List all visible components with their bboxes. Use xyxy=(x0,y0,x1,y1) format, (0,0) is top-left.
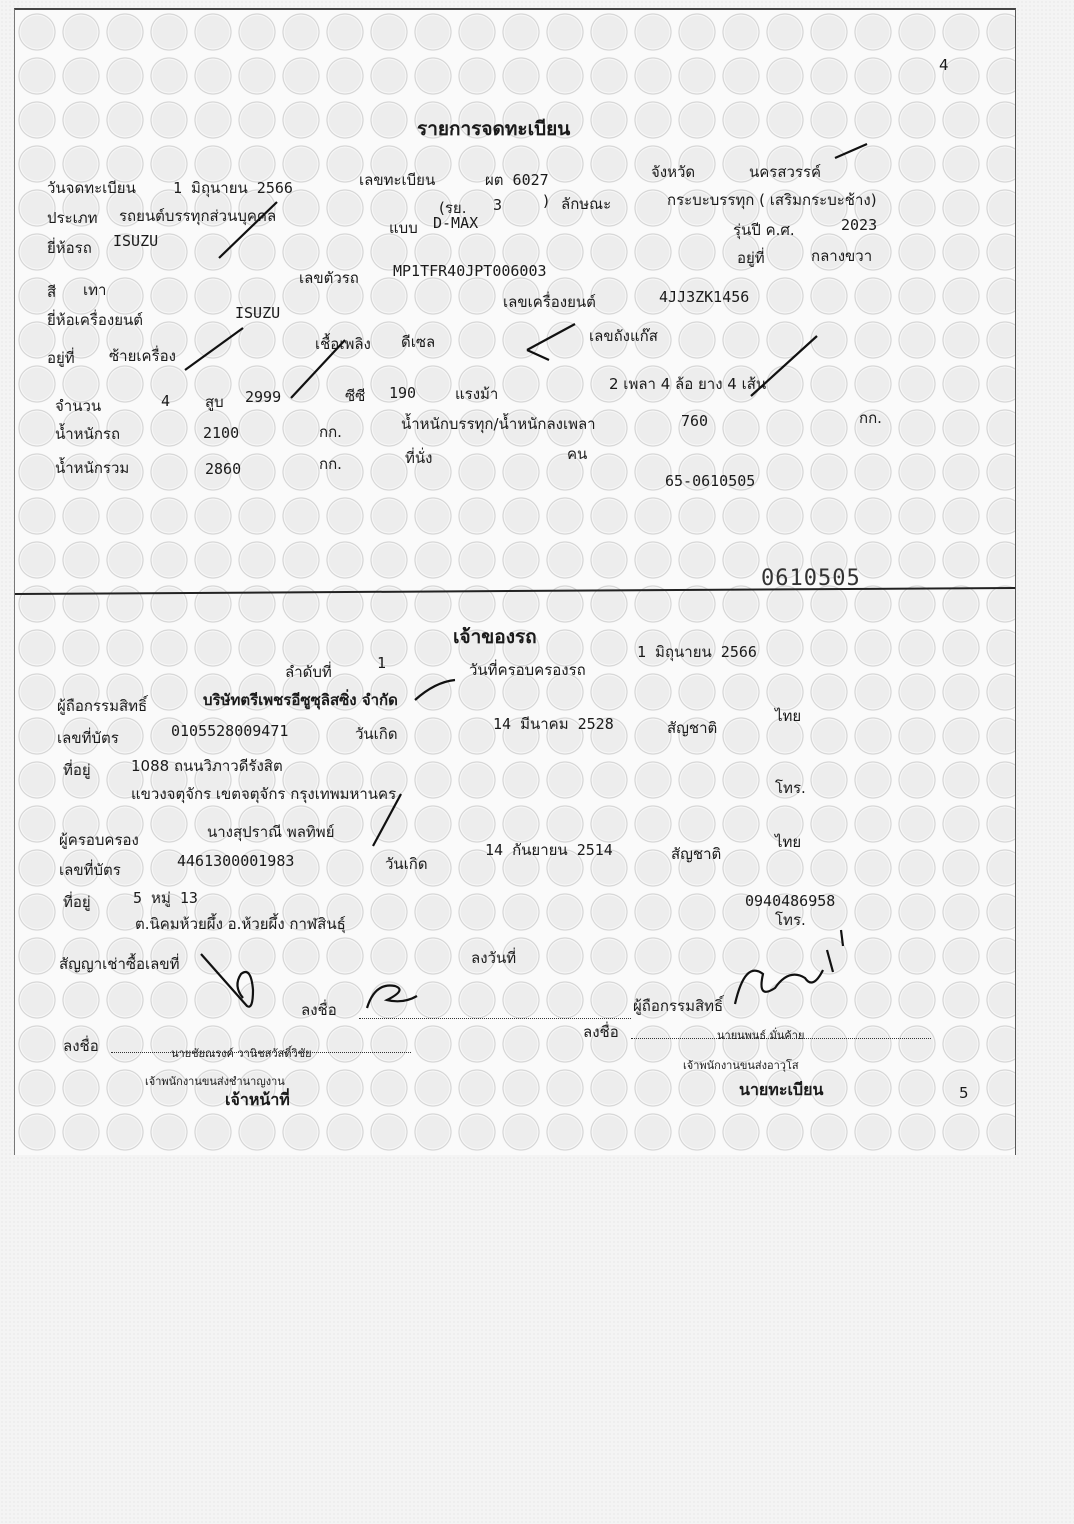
registration-sheet: 4 รายการจดทะเบียน วันจดทะเบียน 1 มิถุนาย… xyxy=(14,8,1016,1155)
handwritten-marks xyxy=(15,10,1015,1155)
